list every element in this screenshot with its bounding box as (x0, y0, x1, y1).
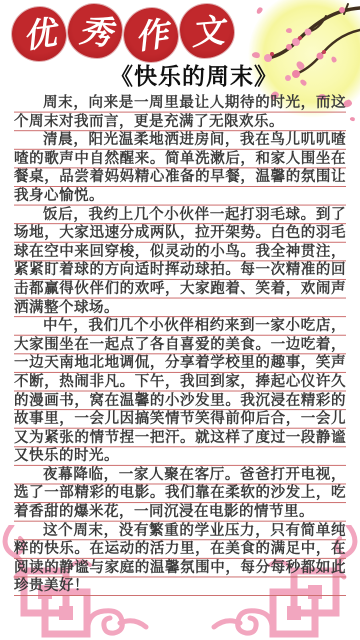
page-title: 优 秀 作 文 (12, 7, 234, 62)
title-stamp-char: 作 (132, 16, 169, 53)
essay-paragraph: 周末，向来是一周里最让人期待的时光，而这个周末对我而言，更是充满了无限欢乐。 (14, 94, 346, 131)
essay-paragraph: 中午，我们几个小伙伴相约来到一家小吃店，大家围坐在一起点了各自喜爱的美食。一边吃… (14, 317, 346, 466)
title-stamp: 作 (124, 8, 178, 62)
essay-title: 《快乐的周末》 (0, 58, 360, 91)
essay-paragraph: 这个周末，没有繁重的学业压力，只有简单纯粹的快乐。在运动的活力里，在美食的满足中… (14, 522, 346, 596)
essay-paragraph: 夜幕降临，一家人聚在客厅。爸爸打开电视，选了一部精彩的电影。我们靠在柔软的沙发上… (14, 466, 346, 522)
title-stamp: 优 (12, 7, 66, 61)
title-stamp: 秀 (68, 4, 122, 58)
petal-icon (349, 116, 355, 122)
essay-paragraph: 饭后，我约上几个小伙伴一起打羽毛球。到了场地，大家迅速分成两队，拉开架势。白色的… (14, 206, 346, 318)
essay-paragraph: 清晨，阳光温柔地洒进房间，我在鸟儿叽叽喳喳的歌声中自然醒来。简单洗漱后，和家人围… (14, 131, 346, 205)
essay-page: 优 秀 作 文 《快乐的周末》 周末，向来是一周里最让人期待的时光，而这个周末对… (0, 0, 360, 640)
title-stamp: 文 (180, 4, 234, 58)
essay-body: 周末，向来是一周里最让人期待的时光，而这个周末对我而言，更是充满了无限欢乐。 清… (14, 94, 346, 596)
title-stamp-char: 优 (20, 15, 57, 52)
title-stamp-char: 文 (189, 13, 225, 49)
title-stamp-char: 秀 (77, 13, 113, 49)
